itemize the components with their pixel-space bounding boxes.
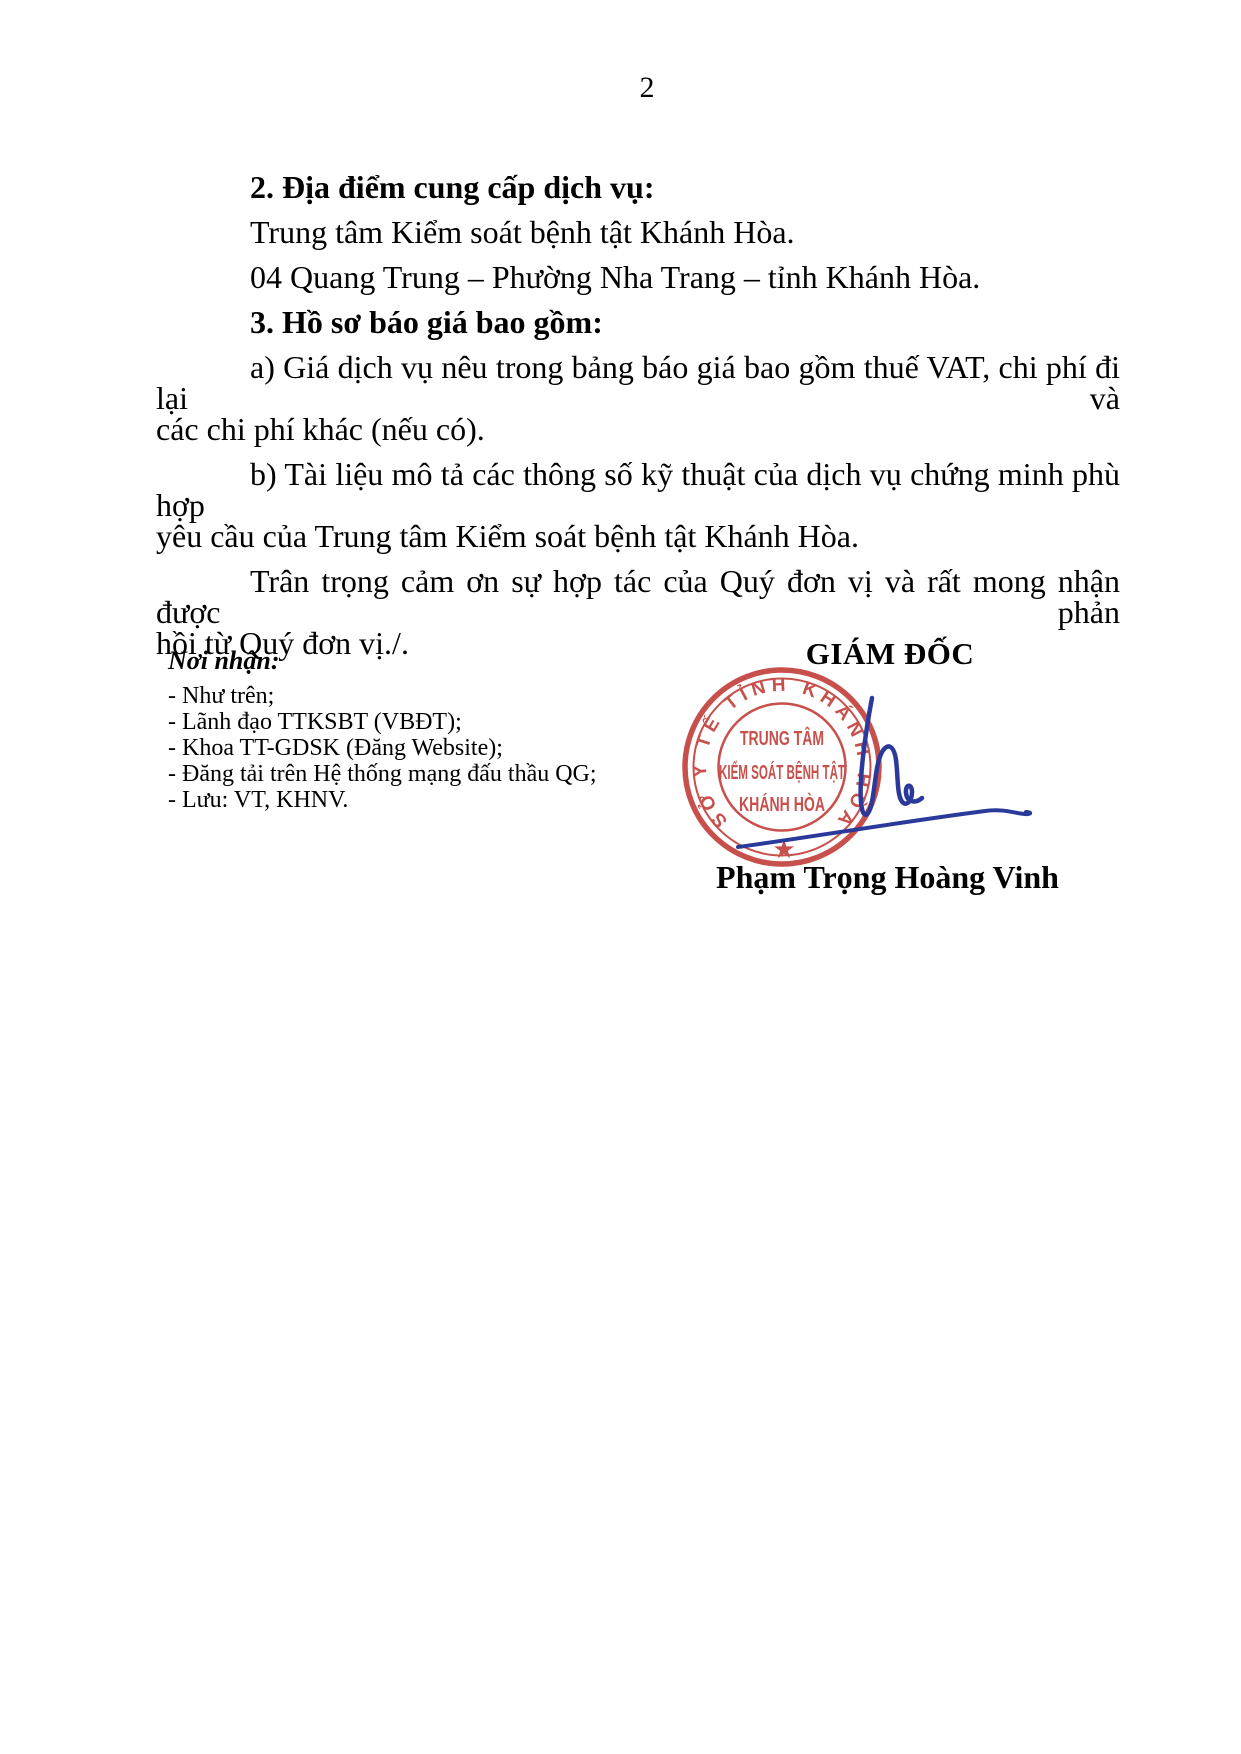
recipient-item: - Như trên;: [168, 683, 638, 709]
body-line: Trung tâm Kiểm soát bệnh tật Khánh Hòa.: [156, 217, 1120, 248]
recipient-item: - Khoa TT-GDSK (Đăng Website);: [168, 735, 638, 761]
document-page: 2 2. Địa điểm cung cấp dịch vụ: Trung tâ…: [0, 0, 1241, 1754]
body-line: Trân trọng cảm ơn sự hợp tác của Quý đơn…: [156, 566, 1120, 628]
recipients-block: Nơi nhận: - Như trên; - Lãnh đạo TTKSBT …: [168, 646, 638, 813]
recipient-item: - Lưu: VT, KHNV.: [168, 787, 638, 813]
body-text: 2. Địa điểm cung cấp dịch vụ: Trung tâm …: [156, 172, 1120, 659]
stamp-center-line-2: KIỂM SOÁT BỆNH TẬT: [719, 760, 845, 784]
stamp-center-line-3: KHÁNH HÒA: [739, 792, 825, 816]
page-number: 2: [600, 72, 694, 103]
stamp-and-signature: SỞ Y TẾ TỈNH KHÁNH HÒA TRUNG TÂM KIỂM SO…: [655, 640, 1055, 880]
official-stamp: SỞ Y TẾ TỈNH KHÁNH HÒA TRUNG TÂM KIỂM SO…: [685, 670, 879, 864]
body-line: yêu cầu của Trung tâm Kiểm soát bệnh tật…: [156, 521, 1120, 552]
stamp-center-line-1: TRUNG TÂM: [740, 726, 824, 750]
signer-name: Phạm Trọng Hoàng Vinh: [715, 862, 1060, 893]
body-line: các chi phí khác (nếu có).: [156, 414, 1120, 445]
recipient-item: - Lãnh đạo TTKSBT (VBĐT);: [168, 709, 638, 735]
body-line: a) Giá dịch vụ nêu trong bảng báo giá ba…: [156, 352, 1120, 414]
heading-section-3: 3. Hồ sơ báo giá bao gồm:: [156, 307, 1120, 338]
body-line: 04 Quang Trung – Phường Nha Trang – tỉnh…: [156, 262, 1120, 293]
heading-section-2: 2. Địa điểm cung cấp dịch vụ:: [156, 172, 1120, 203]
recipients-label: Nơi nhận:: [168, 646, 638, 676]
body-line: b) Tài liệu mô tả các thông số kỹ thuật …: [156, 459, 1120, 521]
recipient-item: - Đăng tải trên Hệ thống mạng đấu thầu Q…: [168, 761, 638, 787]
recipients-list: - Như trên; - Lãnh đạo TTKSBT (VBĐT); - …: [168, 683, 638, 813]
